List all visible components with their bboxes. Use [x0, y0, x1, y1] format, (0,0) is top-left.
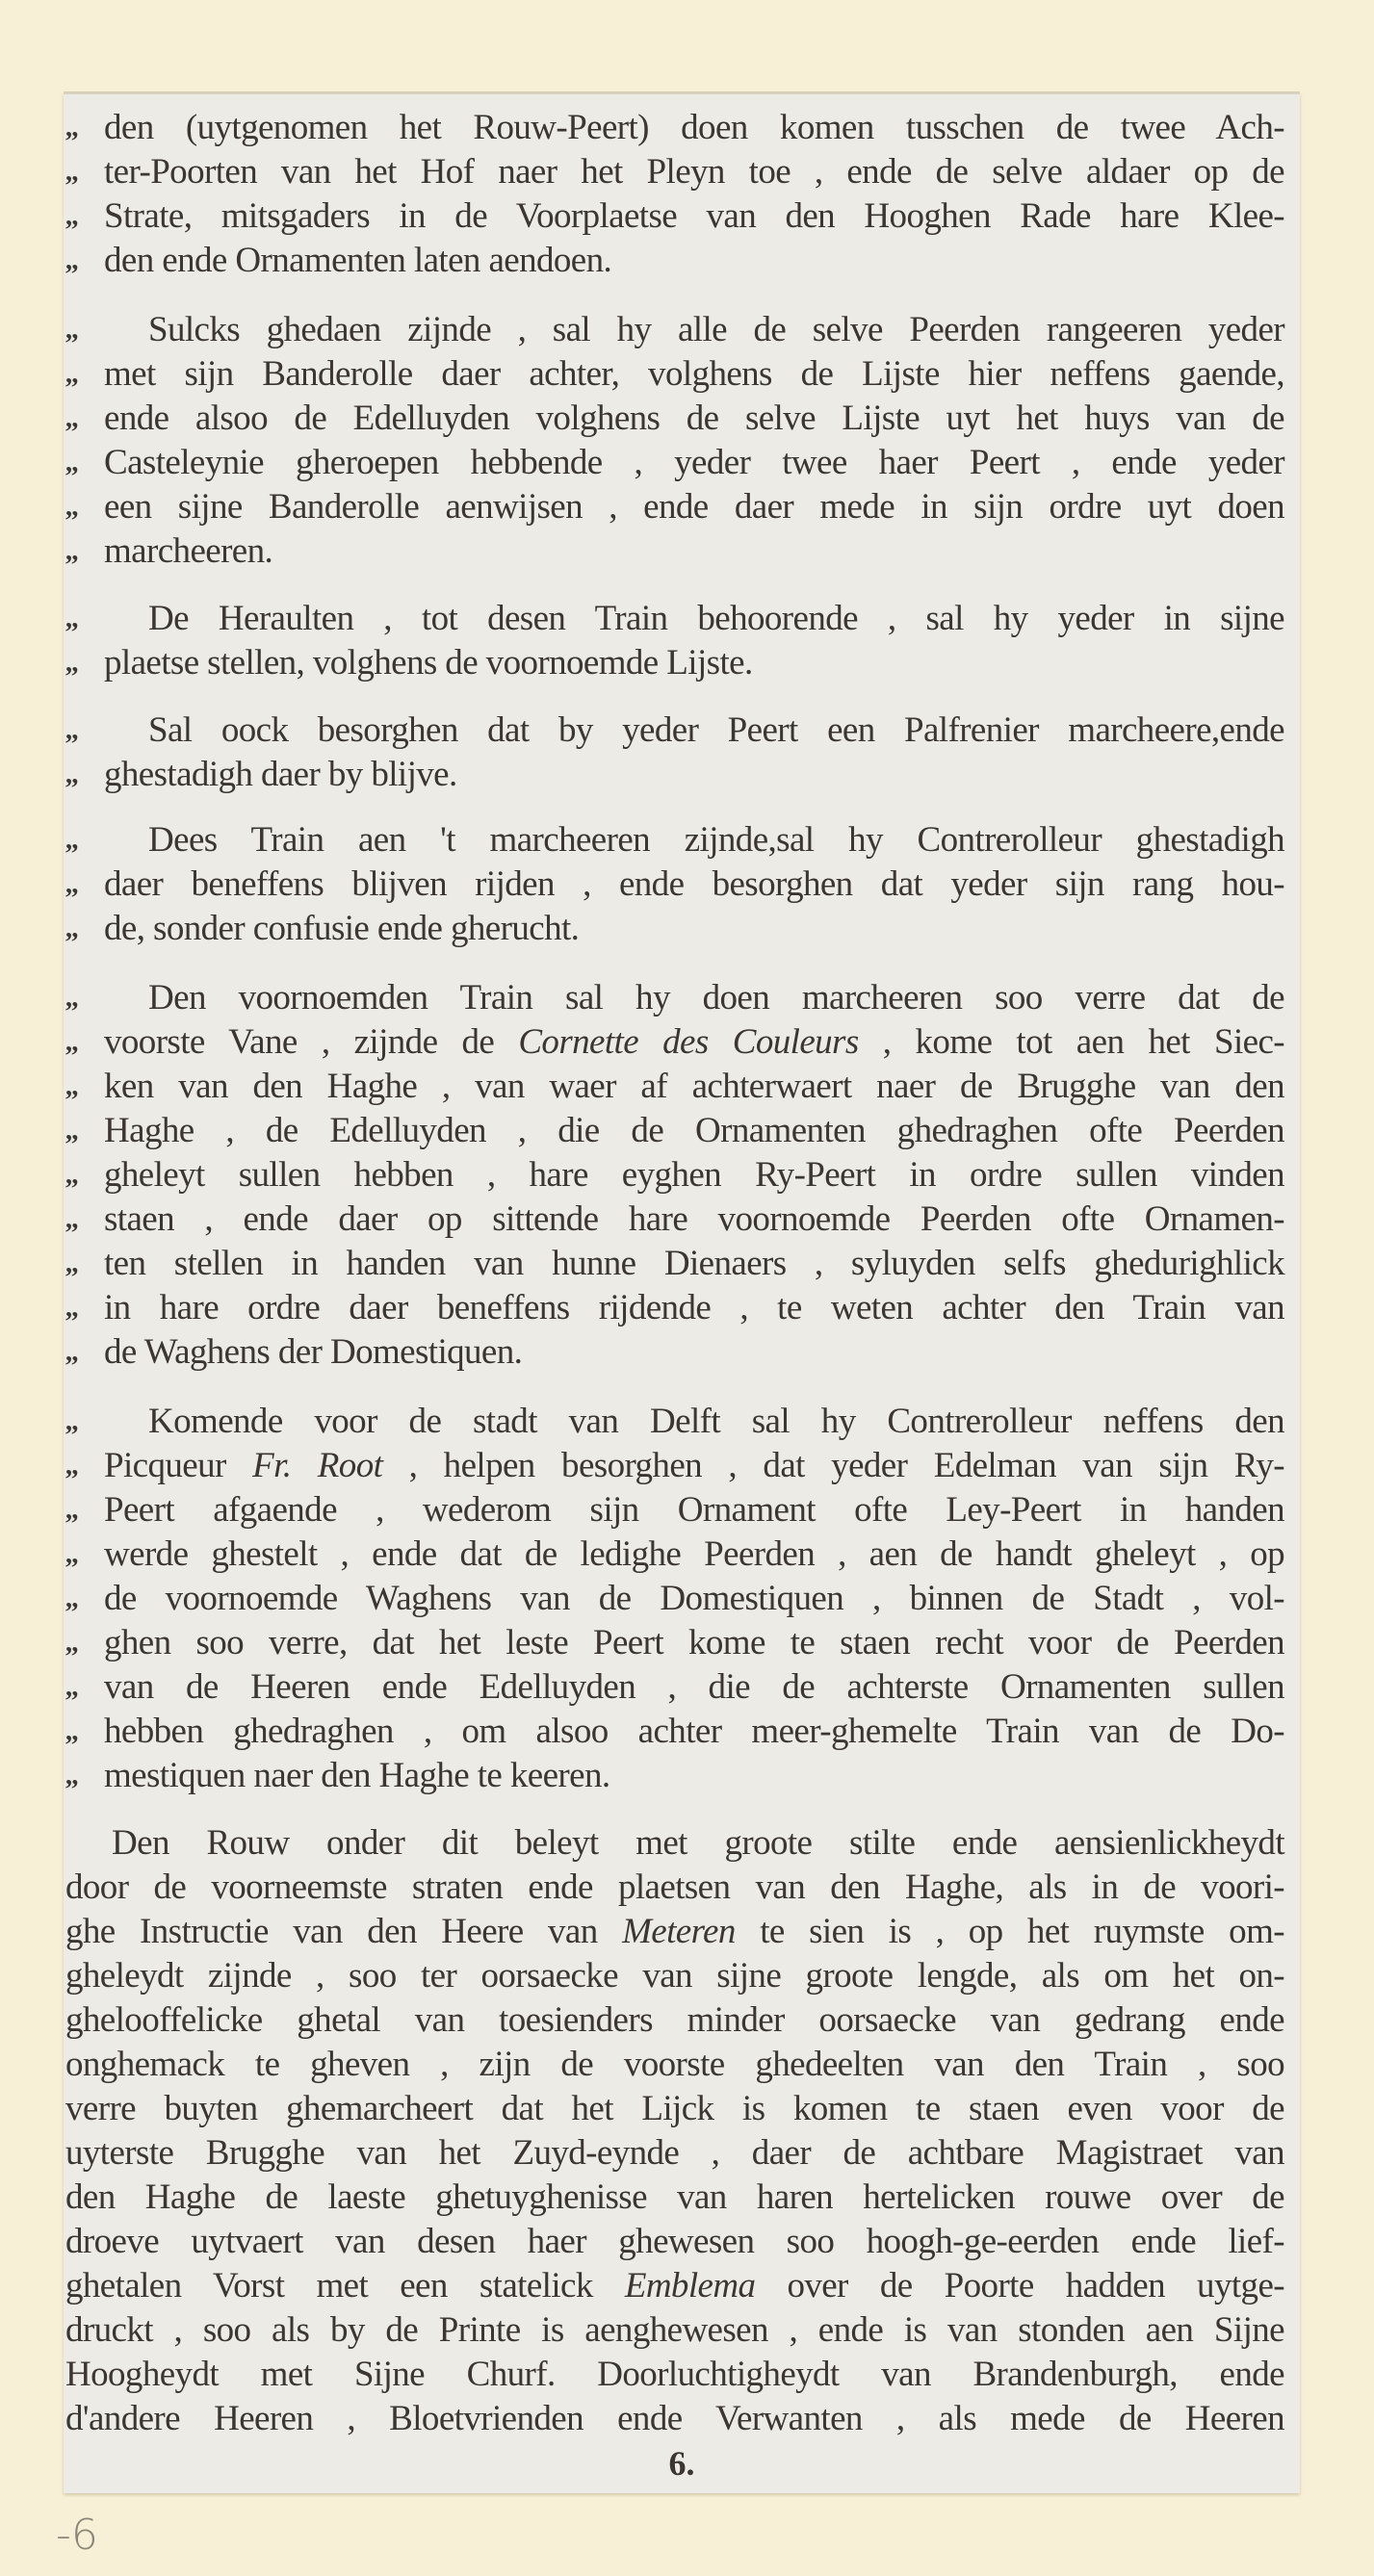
text-line: ,,ten stellen in handen van hunne Dienae…	[64, 1242, 1300, 1286]
text-line: ,,hebben ghedraghen , om alsoo achter me…	[64, 1710, 1300, 1754]
text-line: ,,marcheeren.	[64, 529, 1300, 574]
text-line: d'andere Heeren , Bloetvrienden ende Ver…	[64, 2397, 1300, 2441]
text-line: ,,Sulcks ghedaen zijnde , sal hy alle de…	[64, 308, 1300, 352]
quote-mark: ,,	[65, 818, 100, 863]
text-line: ghe Instructie van den Heere van Meteren…	[64, 1910, 1300, 1954]
italic-name: Meteren	[622, 1912, 736, 1951]
text-line: ,,de voornoemde Waghens van de Domestiqu…	[64, 1577, 1300, 1621]
quote-mark: ,,	[65, 1665, 100, 1710]
text-line: ,,Sal oock besorghen dat by yeder Peert …	[64, 708, 1300, 753]
quote-mark: ,,	[65, 397, 100, 441]
text-line: ,,de, sonder confusie ende gherucht.	[64, 907, 1300, 951]
quote-mark: ,,	[65, 150, 100, 194]
quote-mark: ,,	[65, 1198, 100, 1242]
quote-mark: ,,	[65, 1020, 100, 1065]
quote-mark: ,,	[65, 485, 100, 529]
quote-mark: ,,	[65, 1286, 100, 1330]
quote-mark: ,,	[65, 708, 100, 753]
quote-mark: ,,	[65, 441, 100, 485]
quote-mark: ,,	[65, 352, 100, 397]
quote-mark: ,,	[65, 529, 100, 574]
quote-mark: ,,	[65, 239, 100, 283]
text-line: ,,Peert afgaende , wederom sijn Ornament…	[64, 1488, 1300, 1533]
quote-mark: ,,	[65, 1710, 100, 1754]
text-line: druckt , soo als by de Printe is aenghew…	[64, 2308, 1300, 2353]
quote-mark: ,,	[65, 1444, 100, 1488]
text-line: ,,met sijn Banderolle daer achter, volgh…	[64, 352, 1300, 397]
quote-mark: ,,	[65, 863, 100, 907]
text-line: ,,plaetse stellen, volghens de voornoemd…	[64, 641, 1300, 685]
quote-mark: ,,	[65, 106, 100, 150]
quote-mark: ,,	[65, 1577, 100, 1621]
text-line: door de voorneemste straten ende plaetse…	[64, 1866, 1300, 1910]
text-line: droeve uytvaert van desen haer ghewesen …	[64, 2220, 1300, 2264]
text-line: ,,Den voornoemden Train sal hy doen marc…	[64, 976, 1300, 1020]
text-line: ghelooffelicke ghetal van toesienders mi…	[64, 1998, 1300, 2043]
italic-term: Emblema	[625, 2266, 756, 2306]
quote-mark: ,,	[65, 597, 100, 641]
text-line: ,,Casteleynie gheroepen hebbende , yeder…	[64, 441, 1300, 485]
text-line: ,,ter-Poorten van het Hof naer het Pleyn…	[64, 150, 1300, 194]
text-line: ,,ken van den Haghe , van waer af achter…	[64, 1065, 1300, 1109]
text-line: ,,Dees Train aen 't marcheeren zijnde,sa…	[64, 818, 1300, 863]
quote-mark: ,,	[65, 1488, 100, 1533]
text-line: ,,staen , ende daer op sittende hare voo…	[64, 1198, 1300, 1242]
text-line: uyterste Brugghe van het Zuyd-eynde , da…	[64, 2131, 1300, 2176]
text-line: ,,Komende voor de stadt van Delft sal hy…	[64, 1400, 1300, 1444]
quote-mark: ,,	[65, 1754, 100, 1798]
text-line: ,,den (uytgenomen het Rouw-Peert) doen k…	[64, 106, 1300, 150]
text-line: ,,daer beneffens blijven rijden , ende b…	[64, 863, 1300, 907]
text-line: ,,Picqueur Fr. Root , helpen besorghen ,…	[64, 1444, 1300, 1488]
italic-term: Cornette des Couleurs	[518, 1022, 858, 1062]
printed-page: ,,den (uytgenomen het Rouw-Peert) doen k…	[64, 92, 1300, 2493]
text-line: den Haghe de laeste ghetuyghenisse van h…	[64, 2176, 1300, 2220]
text-line: ,,Strate, mitsgaders in de Voorplaetse v…	[64, 194, 1300, 239]
text-line: ,,ende alsoo de Edelluyden volghens de s…	[64, 397, 1300, 441]
text-line: ,,van de Heeren ende Edelluyden , die de…	[64, 1665, 1300, 1710]
text-line: ,,de Waghens der Domestiquen.	[64, 1330, 1300, 1375]
text-line: ,,ghen soo verre, dat het leste Peert ko…	[64, 1621, 1300, 1665]
text-line: onghemack te gheven , zijn de voorste gh…	[64, 2043, 1300, 2087]
text-line: ,,mestiquen naer den Haghe te keeren.	[64, 1754, 1300, 1798]
quote-mark: ,,	[65, 1621, 100, 1665]
text-line: gheleydt zijnde , soo ter oorsaecke van …	[64, 1954, 1300, 1998]
handwritten-margin-note: -6	[56, 2511, 98, 2560]
quote-mark: ,,	[65, 1109, 100, 1153]
text-line: ,,voorste Vane , zijnde de Cornette des …	[64, 1020, 1300, 1065]
quote-mark: ,,	[65, 194, 100, 239]
quote-mark: ,,	[65, 1400, 100, 1444]
text-line: ,,Haghe , de Edelluyden , die de Ornamen…	[64, 1109, 1300, 1153]
text-line: Hoogheydt met Sijne Churf. Doorluchtighe…	[64, 2353, 1300, 2397]
text-line: ,,in hare ordre daer beneffens rijdende …	[64, 1286, 1300, 1330]
quote-mark: ,,	[65, 976, 100, 1020]
quote-mark: ,,	[65, 907, 100, 951]
quote-mark: ,,	[65, 1065, 100, 1109]
text-line: Den Rouw onder dit beleyt met groote sti…	[64, 1821, 1300, 1866]
quote-mark: ,,	[65, 1330, 100, 1375]
text-line: ,,ghestadigh daer by blijve.	[64, 753, 1300, 797]
text-line: verre buyten ghemarcheert dat het Lijck …	[64, 2087, 1300, 2131]
text-line: ,,den ende Ornamenten laten aendoen.	[64, 239, 1300, 283]
text-line: ,,een sijne Banderolle aenwijsen , ende …	[64, 485, 1300, 529]
quote-mark: ,,	[65, 641, 100, 685]
text-line: ,,De Heraulten , tot desen Train behoore…	[64, 597, 1300, 641]
quote-mark: ,,	[65, 753, 100, 797]
text-line: ghetalen Vorst met een statelick Emblema…	[64, 2264, 1300, 2308]
quote-mark: ,,	[65, 1242, 100, 1286]
page-number: 6.	[64, 2443, 1300, 2484]
text-line: ,,werde ghestelt , ende dat de ledighe P…	[64, 1533, 1300, 1577]
text-line: ,,gheleyt sullen hebben , hare eyghen Ry…	[64, 1153, 1300, 1198]
quote-mark: ,,	[65, 1153, 100, 1198]
italic-name: Fr. Root	[252, 1446, 382, 1485]
quote-mark: ,,	[65, 1533, 100, 1577]
quote-mark: ,,	[65, 308, 100, 352]
